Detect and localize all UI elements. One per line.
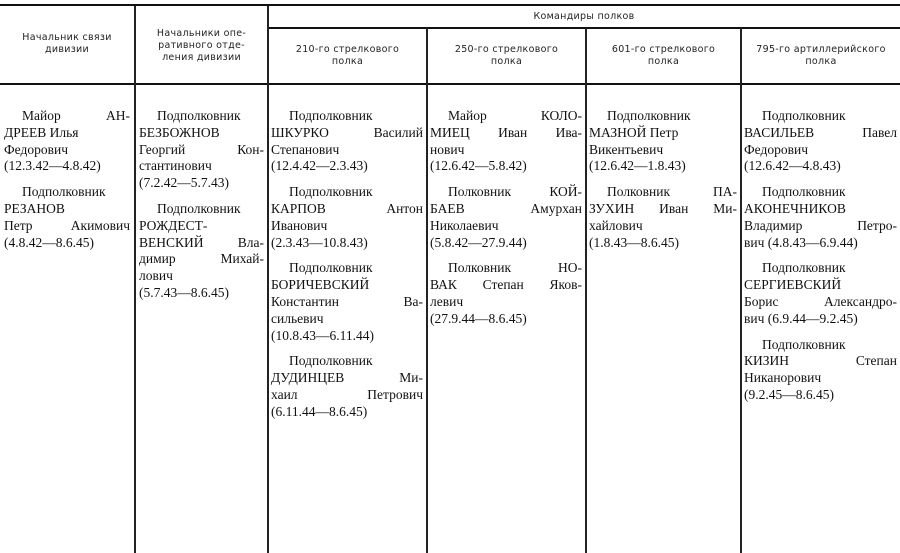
header-795-artillery-regiment: 795-го артиллерийскогополка bbox=[742, 44, 900, 68]
commander-entry: ПодполковникКИЗИН СтепанНиканорович(9.2.… bbox=[744, 337, 897, 404]
header-line: полка bbox=[742, 56, 900, 68]
service-period: (12.6.42—4.8.43) bbox=[744, 158, 897, 175]
commander-name-line: Степанович bbox=[271, 142, 423, 159]
commander-name-line: РЕЗАНОВ bbox=[4, 201, 130, 218]
commander-name-line: АКОНЕЧНИКОВ bbox=[744, 201, 897, 218]
service-period: (2.3.43—10.8.43) bbox=[271, 235, 423, 252]
header-line: 250-го стрелкового bbox=[428, 44, 585, 56]
commander-name-line: Николаевич bbox=[430, 218, 582, 235]
commander-rank-line: Подполковник bbox=[589, 108, 737, 125]
header-line: полка bbox=[587, 56, 740, 68]
commander-name-line: нович bbox=[430, 142, 582, 159]
commander-name-line: вич (6.9.44—9.2.45) bbox=[744, 311, 897, 328]
service-period: (12.6.42—1.8.43) bbox=[589, 158, 737, 175]
header-250-regiment: 250-го стрелковогополка bbox=[428, 44, 585, 68]
commander-name-line: хайлович bbox=[589, 218, 737, 235]
commander-name-line: сильевич bbox=[271, 311, 423, 328]
commander-name-line: Федорович bbox=[4, 142, 130, 159]
service-period: (5.7.43—8.6.45) bbox=[139, 285, 264, 302]
commander-entry: Майор КОЛО-МИЕЦ Иван Ива-нович(12.6.42—5… bbox=[430, 108, 582, 175]
commander-rank-line: Майор АН- bbox=[4, 108, 130, 125]
commander-name-line: Владимир Петро- bbox=[744, 218, 897, 235]
group-header-label: Командиры полков bbox=[533, 11, 634, 22]
column-divider bbox=[134, 6, 136, 553]
commander-name-line: КАРПОВ Антон bbox=[271, 201, 423, 218]
header-operations-chief: Начальники опе-ративного отде-ления диви… bbox=[136, 28, 267, 64]
commander-name-line: БАЕВ Амурхан bbox=[430, 201, 582, 218]
subheader-rule bbox=[268, 27, 900, 29]
commander-name-line: СЕРГИЕВСКИЙ bbox=[744, 277, 897, 294]
column-divider bbox=[585, 28, 587, 553]
commander-name-line: стантинович bbox=[139, 158, 264, 175]
commander-name-line: ЗУХИН Иван Ми- bbox=[589, 201, 737, 218]
header-line: 601-го стрелкового bbox=[587, 44, 740, 56]
header-line: Начальник связи bbox=[0, 32, 134, 44]
commander-name-line: Никанорович bbox=[744, 370, 897, 387]
column-795-artillery-regiment: ПодполковникВАСИЛЬЕВ ПавелФедорович(12.6… bbox=[744, 108, 897, 413]
commander-rank-line: Подполковник bbox=[744, 260, 897, 277]
commander-name-line: ВЕНСКИЙ Вла- bbox=[139, 235, 264, 252]
commander-name-line: димир Михай- bbox=[139, 251, 264, 268]
commander-rank-line: Полковник НО- bbox=[430, 260, 582, 277]
commander-name-line: левич bbox=[430, 294, 582, 311]
header-line: ления дивизии bbox=[136, 52, 267, 64]
service-period: (1.8.43—8.6.45) bbox=[589, 235, 737, 252]
header-210-regiment: 210-го стрелковогополка bbox=[269, 44, 426, 68]
column-250-regiment: Майор КОЛО-МИЕЦ Иван Ива-нович(12.6.42—5… bbox=[430, 108, 582, 337]
column-signals-chief: Майор АН-ДРЕЕВ ИльяФедорович(12.3.42—4.8… bbox=[4, 108, 130, 260]
column-divider bbox=[426, 28, 428, 553]
commander-rank-line: Подполковник bbox=[4, 184, 130, 201]
service-period: (4.8.42—8.6.45) bbox=[4, 235, 130, 252]
commander-rank-line: Подполковник bbox=[744, 337, 897, 354]
commander-name-line: Борис Александро- bbox=[744, 294, 897, 311]
column-operations-chief: ПодполковникБЕЗБОЖНОВГеоргий Кон-стантин… bbox=[139, 108, 264, 311]
commander-name-line: БЕЗБОЖНОВ bbox=[139, 125, 264, 142]
commander-name-line: ШКУРКО Василий bbox=[271, 125, 423, 142]
commander-name-line: Викентьевич bbox=[589, 142, 737, 159]
commander-rank-line: Подполковник bbox=[271, 353, 423, 370]
commander-name-line: Петр Акимович bbox=[4, 218, 130, 235]
commander-name-line: КИЗИН Степан bbox=[744, 353, 897, 370]
header-line: полка bbox=[269, 56, 426, 68]
service-period: (12.3.42—4.8.42) bbox=[4, 158, 130, 175]
service-period: (9.2.45—8.6.45) bbox=[744, 387, 897, 404]
commander-entry: Полковник НО-ВАК Степан Яков-левич(27.9.… bbox=[430, 260, 582, 327]
commander-rank-line: Подполковник bbox=[271, 184, 423, 201]
commander-name-line: хаил Петрович bbox=[271, 387, 423, 404]
service-period: (5.8.42—27.9.44) bbox=[430, 235, 582, 252]
commander-entry: ПодполковникРОЖДЕСТ-ВЕНСКИЙ Вла-димир Ми… bbox=[139, 201, 264, 302]
commander-entry: ПодполковникШКУРКО ВасилийСтепанович(12.… bbox=[271, 108, 423, 175]
commander-entry: ПодполковникВАСИЛЬЕВ ПавелФедорович(12.6… bbox=[744, 108, 897, 175]
commander-name-line: ВАК Степан Яков- bbox=[430, 277, 582, 294]
commander-rank-line: Подполковник bbox=[744, 108, 897, 125]
commander-rank-line: Подполковник bbox=[744, 184, 897, 201]
header-line: полка bbox=[428, 56, 585, 68]
commanders-table: Командиры полков Начальник связидивизии … bbox=[0, 0, 900, 553]
commander-rank-line: Подполковник bbox=[271, 108, 423, 125]
service-period: (12.4.42—2.3.43) bbox=[271, 158, 423, 175]
commander-name-line: ДРЕЕВ Илья bbox=[4, 125, 130, 142]
commander-entry: ПодполковникДУДИНЦЕВ Ми-хаил Петрович(6.… bbox=[271, 353, 423, 420]
commander-entry: Полковник ПА-ЗУХИН Иван Ми-хайлович(1.8.… bbox=[589, 184, 737, 251]
commander-rank-line: Подполковник bbox=[271, 260, 423, 277]
commander-name-line: Иванович bbox=[271, 218, 423, 235]
column-divider bbox=[740, 28, 742, 553]
commander-entry: ПодполковникБОРИЧЕВСКИЙКонстантин Ва-сил… bbox=[271, 260, 423, 344]
commander-name-line: Константин Ва- bbox=[271, 294, 423, 311]
commander-name-line: Георгий Кон- bbox=[139, 142, 264, 159]
service-period: (27.9.44—8.6.45) bbox=[430, 311, 582, 328]
service-period: (6.11.44—8.6.45) bbox=[271, 404, 423, 421]
header-signals-chief: Начальник связидивизии bbox=[0, 32, 134, 56]
commander-rank-line: Подполковник bbox=[139, 108, 264, 125]
commander-entry: Полковник КОЙ-БАЕВ АмурханНиколаевич(5.8… bbox=[430, 184, 582, 251]
commander-entry: ПодполковникСЕРГИЕВСКИЙБорис Александро-… bbox=[744, 260, 897, 327]
header-601-regiment: 601-го стрелковогополка bbox=[587, 44, 740, 68]
commander-entry: ПодполковникБЕЗБОЖНОВГеоргий Кон-стантин… bbox=[139, 108, 264, 192]
commander-name-line: БОРИЧЕВСКИЙ bbox=[271, 277, 423, 294]
commander-entry: ПодполковникКАРПОВ АнтонИванович(2.3.43—… bbox=[271, 184, 423, 251]
commander-entry: ПодполковникАКОНЕЧНИКОВВладимир Петро-ви… bbox=[744, 184, 897, 251]
header-line: Начальники опе- bbox=[136, 28, 267, 40]
commander-name-line: РОЖДЕСТ- bbox=[139, 218, 264, 235]
commander-rank-line: Полковник КОЙ- bbox=[430, 184, 582, 201]
commander-name-line: Федорович bbox=[744, 142, 897, 159]
commander-entry: ПодполковникРЕЗАНОВПетр Акимович(4.8.42—… bbox=[4, 184, 130, 251]
column-210-regiment: ПодполковникШКУРКО ВасилийСтепанович(12.… bbox=[271, 108, 423, 430]
column-divider bbox=[267, 6, 269, 553]
commander-entry: ПодполковникМАЗНОЙ ПетрВикентьевич(12.6.… bbox=[589, 108, 737, 175]
service-period: (7.2.42—5.7.43) bbox=[139, 175, 264, 192]
service-period: (10.8.43—6.11.44) bbox=[271, 328, 423, 345]
commander-name-line: ДУДИНЦЕВ Ми- bbox=[271, 370, 423, 387]
column-601-regiment: ПодполковникМАЗНОЙ ПетрВикентьевич(12.6.… bbox=[589, 108, 737, 260]
commander-name-line: вич (4.8.43—6.9.44) bbox=[744, 235, 897, 252]
commander-entry: Майор АН-ДРЕЕВ ИльяФедорович(12.3.42—4.8… bbox=[4, 108, 130, 175]
commander-rank-line: Майор КОЛО- bbox=[430, 108, 582, 125]
commander-rank-line: Полковник ПА- bbox=[589, 184, 737, 201]
commander-rank-line: Подполковник bbox=[139, 201, 264, 218]
regiment-commanders-group-header: Командиры полков bbox=[268, 6, 900, 27]
commander-name-line: МИЕЦ Иван Ива- bbox=[430, 125, 582, 142]
header-line: ративного отде- bbox=[136, 40, 267, 52]
header-line: дивизии bbox=[0, 44, 134, 56]
commander-name-line: ВАСИЛЬЕВ Павел bbox=[744, 125, 897, 142]
commander-name-line: МАЗНОЙ Петр bbox=[589, 125, 737, 142]
header-line: 210-го стрелкового bbox=[269, 44, 426, 56]
header-line: 795-го артиллерийского bbox=[742, 44, 900, 56]
commander-name-line: лович bbox=[139, 268, 264, 285]
service-period: (12.6.42—5.8.42) bbox=[430, 158, 582, 175]
